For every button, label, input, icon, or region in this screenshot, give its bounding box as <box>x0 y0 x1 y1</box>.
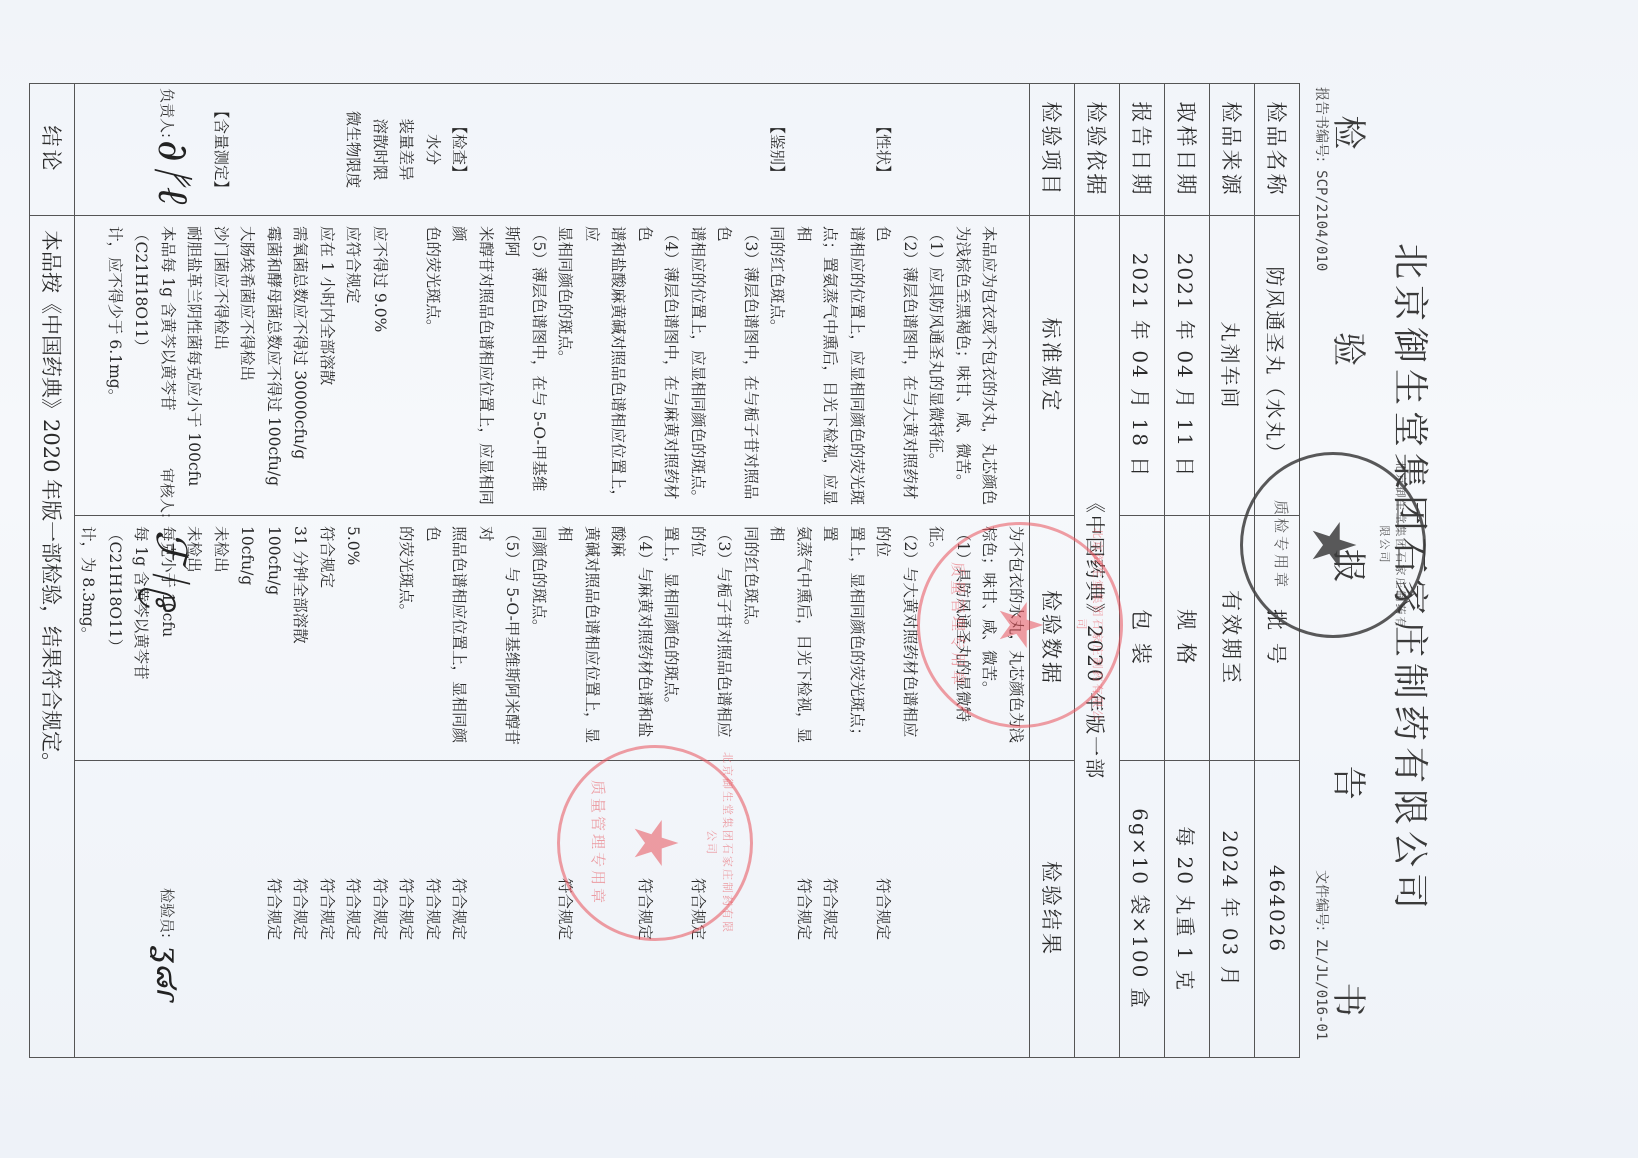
data-line: 置上，显相同颜色的斑点。 <box>658 526 685 750</box>
standard-line: 谱相应的位置上，应显相同颜色的斑点。 <box>685 226 712 505</box>
result-line <box>579 771 606 1047</box>
test-items-line <box>261 88 288 211</box>
result-line <box>658 771 685 1047</box>
data-line: 置上，显相同颜色的荧光斑点；置 <box>817 526 870 750</box>
result-line <box>764 771 791 1047</box>
test-items-line: 微生物限度 <box>340 88 367 211</box>
data-line: 为不包衣的水丸，丸芯颜色为浅 <box>1003 526 1030 750</box>
inspector-handwriting-icon: ʓ๘ɾ <box>142 945 193 1002</box>
product-name-label: 检品名称 <box>1255 84 1300 216</box>
test-items-line <box>685 88 712 211</box>
standard-line: （2）薄层色谱图中，在与大黄对照药材色 <box>870 226 923 505</box>
package-value: 6g×10 袋×100 盒 <box>1120 761 1165 1058</box>
test-items-line <box>234 88 261 211</box>
result-line <box>711 771 738 1047</box>
result-cell: 符合规定 符合规定符合规定 符合规定 符合规定 符合规定 符合规定符合规定符合规… <box>75 761 1030 1058</box>
result-line: 符合规定 <box>817 771 844 1047</box>
reviewer-label: 审核人: <box>158 468 176 518</box>
batch-label: 批 号 <box>1255 516 1300 761</box>
standard-line: 耐胆盐革兰阴性菌每克应小于 100cfu <box>181 226 208 505</box>
data-line: 计，为 8.3mg。 <box>75 526 102 750</box>
test-items-line <box>579 88 606 211</box>
standard-line: 同的红色斑点。 <box>764 226 791 505</box>
col-header-data: 检验数据 <box>1030 516 1075 761</box>
result-line: 符合规定 <box>261 771 288 1047</box>
result-line <box>234 771 261 1047</box>
data-line: （1）具防风通圣丸的显微特征。 <box>923 526 976 750</box>
standard-line: 应不得过 9.0% <box>367 226 394 505</box>
inspector-signature: 检验员: <box>157 888 178 938</box>
result-line: 符合规定 <box>685 771 712 1047</box>
test-items-line: 水分 <box>420 88 447 211</box>
report-number: 报告书编号: SCP/2104/010 <box>1312 87 1332 271</box>
data-line: 未检出 <box>208 526 235 750</box>
data-line: 同颜色的斑点。 <box>526 526 553 750</box>
test-items-line <box>552 88 579 211</box>
standard-line: 显相同颜色的斑点。 <box>552 226 579 505</box>
standard-line: 需氧菌总数应不得过 30000cfu/g <box>287 226 314 505</box>
result-line: 符合规定 <box>420 771 447 1047</box>
test-items-line <box>711 88 738 211</box>
source-value: 丸剂车间 <box>1210 216 1255 516</box>
document-title: 检 验 报 告 书 <box>1327 0 1376 1158</box>
test-items-line <box>605 88 632 211</box>
data-line: 的荧光斑点。 <box>393 526 420 750</box>
standard-line: 米醇苷对照品色谱相应位置上，应显相同颜 <box>446 226 499 505</box>
data-line: 符合规定 <box>314 526 341 750</box>
data-line: 黄碱对照品色谱相应位置上，显相 <box>552 526 605 750</box>
package-label: 包 装 <box>1120 516 1165 761</box>
col-header-standard: 标准规定 <box>1030 216 1075 516</box>
data-cell: 为不包衣的水丸，丸芯颜色为浅棕色；味甘、咸、微苦。（1）具防风通圣丸的显微特征。… <box>75 516 1030 761</box>
result-line: 符合规定 <box>340 771 367 1047</box>
sample-date-label: 取样日期 <box>1165 84 1210 216</box>
standard-line: 本品每 1g 含黄芩以黄芩苷（C21H18O11） <box>128 226 181 505</box>
test-items-line <box>499 88 526 211</box>
responsible-signature: 负责人: <box>157 88 178 138</box>
expiry-value: 2024 年 03 月 <box>1210 761 1255 1058</box>
standard-line: （1）应具防风通圣丸的显微特征。 <box>923 226 950 505</box>
result-line <box>605 771 632 1047</box>
standard-line: （5）薄层色谱图中，在与 5-O-甲基维斯阿 <box>499 226 552 505</box>
expiry-label: 有效期至 <box>1210 516 1255 761</box>
test-items-line <box>314 88 341 211</box>
inspector-label: 检验员: <box>158 888 176 938</box>
file-number: 文件编号: ZL/JL/016-01 <box>1312 870 1332 1040</box>
data-line <box>367 526 394 750</box>
result-line: 符合规定 <box>632 771 659 1047</box>
conclusion-label: 结论 <box>30 84 75 216</box>
standard-line: 应符合规定 <box>340 226 367 505</box>
spec-value: 每 20 丸重 1 克 <box>1165 761 1210 1058</box>
inspection-report-page: 北京御生堂集团石家庄制药有限公司 检 验 报 告 书 报告书编号: SCP/21… <box>0 0 1638 1158</box>
result-line: 符合规定 <box>314 771 341 1047</box>
spec-label: 规 格 <box>1165 516 1210 761</box>
result-line: 符合规定 <box>552 771 579 1047</box>
data-line: 棕色；味甘、咸、微苦。 <box>976 526 1003 750</box>
result-line <box>738 771 765 1047</box>
row-column-headers: 检验项目 标准规定 检验数据 检验结果 <box>1030 84 1075 1058</box>
reviewer-signature: 审核人: <box>157 468 178 518</box>
reviewer-handwriting-icon: ℱᛁ၉ <box>136 530 198 612</box>
result-line: 符合规定 <box>367 771 394 1047</box>
test-items-line: 装量差异 <box>393 88 420 211</box>
data-line: （2）与大黄对照药材色谱相应的位 <box>870 526 923 750</box>
row-report-date: 报告日期 2021 年 04 月 18 日 包 装 6g×10 袋×100 盒 <box>1120 84 1165 1058</box>
report-number-label: 报告书编号: <box>1313 87 1329 162</box>
report-date-label: 报告日期 <box>1120 84 1165 216</box>
row-test-content: 【性状】 【鉴别】 【检查】水分装量差异溶散时限微生物限度 【含量测定】 本品应… <box>75 84 1030 1058</box>
result-line <box>844 771 871 1047</box>
product-name-value: 防风通圣丸（水丸） <box>1255 216 1300 516</box>
responsible-label: 负责人: <box>158 88 176 138</box>
standard-line: 本品应为包衣或不包衣的水丸，丸芯颜色 <box>976 226 1003 505</box>
standard-line: 谱和盐酸麻黄碱对照品色谱相应位置上，应 <box>579 226 632 505</box>
data-line: 氨蒸气中熏后，日光下检视，显相 <box>764 526 817 750</box>
result-line: 符合规定 <box>870 771 897 1047</box>
test-items-line <box>791 88 818 211</box>
result-line: 符合规定 <box>446 771 473 1047</box>
test-items-line: 【含量测定】 <box>208 88 235 211</box>
data-line: 照品色谱相应位置上，显相同颜色 <box>420 526 473 750</box>
col-header-result: 检验结果 <box>1030 761 1075 1058</box>
row-sample-date: 取样日期 2021 年 04 月 11 日 规 格 每 20 丸重 1 克 <box>1165 84 1210 1058</box>
test-items-line <box>632 88 659 211</box>
test-items-cell: 【性状】 【鉴别】 【检查】水分装量差异溶散时限微生物限度 【含量测定】 <box>75 84 1030 216</box>
data-line: （3）与栀子苷对照品色谱相应的位 <box>685 526 738 750</box>
standard-line: 色的荧光斑点。 <box>420 226 447 505</box>
data-line: （5）与 5-O-甲基维斯阿米醇苷对 <box>473 526 526 750</box>
basis-value: 《中国药典》2020 年版一部 <box>1075 216 1120 1058</box>
test-items-line <box>526 88 553 211</box>
row-conclusion: 结论 本品按《中国药典》2020 年版一部检验，结果符合规定。 <box>30 84 75 1058</box>
standard-line: 沙门菌应不得检出 <box>208 226 235 505</box>
conclusion-text: 本品按《中国药典》2020 年版一部检验，结果符合规定。 <box>30 216 75 1058</box>
result-line <box>526 771 553 1047</box>
basis-label: 检验依据 <box>1075 84 1120 216</box>
standard-line: 为浅棕色至黑褐色；味甘、咸、微苦。 <box>950 226 977 505</box>
test-items-line <box>658 88 685 211</box>
row-basis: 检验依据 《中国药典》2020 年版一部 <box>1075 84 1120 1058</box>
data-line: 31 分钟全部溶散 <box>287 526 314 750</box>
data-line: 100cfu/g <box>261 526 288 750</box>
col-header-item: 检验项目 <box>1030 84 1075 216</box>
test-items-line: 【鉴别】 <box>764 88 791 211</box>
result-line <box>499 771 526 1047</box>
row-source: 检品来源 丸剂车间 有效期至 2024 年 03 月 <box>1210 84 1255 1058</box>
standard-line: 霉菌和酵母菌总数应不得过 100cfu/g <box>261 226 288 505</box>
standard-line: 谱相应的位置上，应显相同颜色的荧光斑 <box>844 226 871 505</box>
standard-line: 点；置氨蒸气中熏后，日光下检视，应显相 <box>791 226 844 505</box>
result-line: 符合规定 <box>287 771 314 1047</box>
result-line: 符合规定 <box>791 771 818 1047</box>
test-items-line <box>738 88 765 211</box>
test-items-line <box>844 88 871 211</box>
report-number-value: SCP/2104/010 <box>1313 170 1329 271</box>
file-number-value: ZL/JL/016-01 <box>1313 939 1329 1040</box>
test-items-line <box>473 88 500 211</box>
report-date-value: 2021 年 04 月 18 日 <box>1120 216 1165 516</box>
result-line <box>473 771 500 1047</box>
data-line: （4）与麻黄对照药材色谱和盐酸麻 <box>605 526 658 750</box>
standard-line: 大肠埃希菌应不得检出 <box>234 226 261 505</box>
file-number-label: 文件编号: <box>1313 870 1329 931</box>
result-line: 符合规定 <box>393 771 420 1047</box>
standard-cell: 本品应为包衣或不包衣的水丸，丸芯颜色为浅棕色至黑褐色；味甘、咸、微苦。（1）应具… <box>75 216 1030 516</box>
test-items-line <box>817 88 844 211</box>
data-line: 10cfu/g <box>234 526 261 750</box>
standard-line <box>393 226 420 505</box>
test-items-line: 【检查】 <box>446 88 473 211</box>
company-title: 北京御生堂集团石家庄制药有限公司 <box>1387 0 1438 1158</box>
result-line <box>208 771 235 1047</box>
standard-line: 计，应不得少于 6.1mg。 <box>102 226 129 505</box>
row-product-name: 检品名称 防风通圣丸（水丸） 批 号 464026 <box>1255 84 1300 1058</box>
test-items-line <box>287 88 314 211</box>
data-line: 同的红色斑点。 <box>738 526 765 750</box>
data-line: 5.0% <box>340 526 367 750</box>
sample-date-value: 2021 年 04 月 11 日 <box>1165 216 1210 516</box>
source-label: 检品来源 <box>1210 84 1255 216</box>
responsible-handwriting-icon: ∂ᚠℓ <box>148 140 198 204</box>
test-items-line: 溶散时限 <box>367 88 394 211</box>
standard-line: 应在 1 小时内全部溶散 <box>314 226 341 505</box>
standard-line: （3）薄层色谱图中，在与栀子苷对照品色 <box>711 226 764 505</box>
inspection-table: 检品名称 防风通圣丸（水丸） 批 号 464026 检品来源 丸剂车间 有效期至… <box>29 83 1300 1058</box>
standard-line: （4）薄层色谱图中，在与麻黄对照药材色 <box>632 226 685 505</box>
batch-value: 464026 <box>1255 761 1300 1058</box>
test-items-line: 【性状】 <box>870 88 897 211</box>
